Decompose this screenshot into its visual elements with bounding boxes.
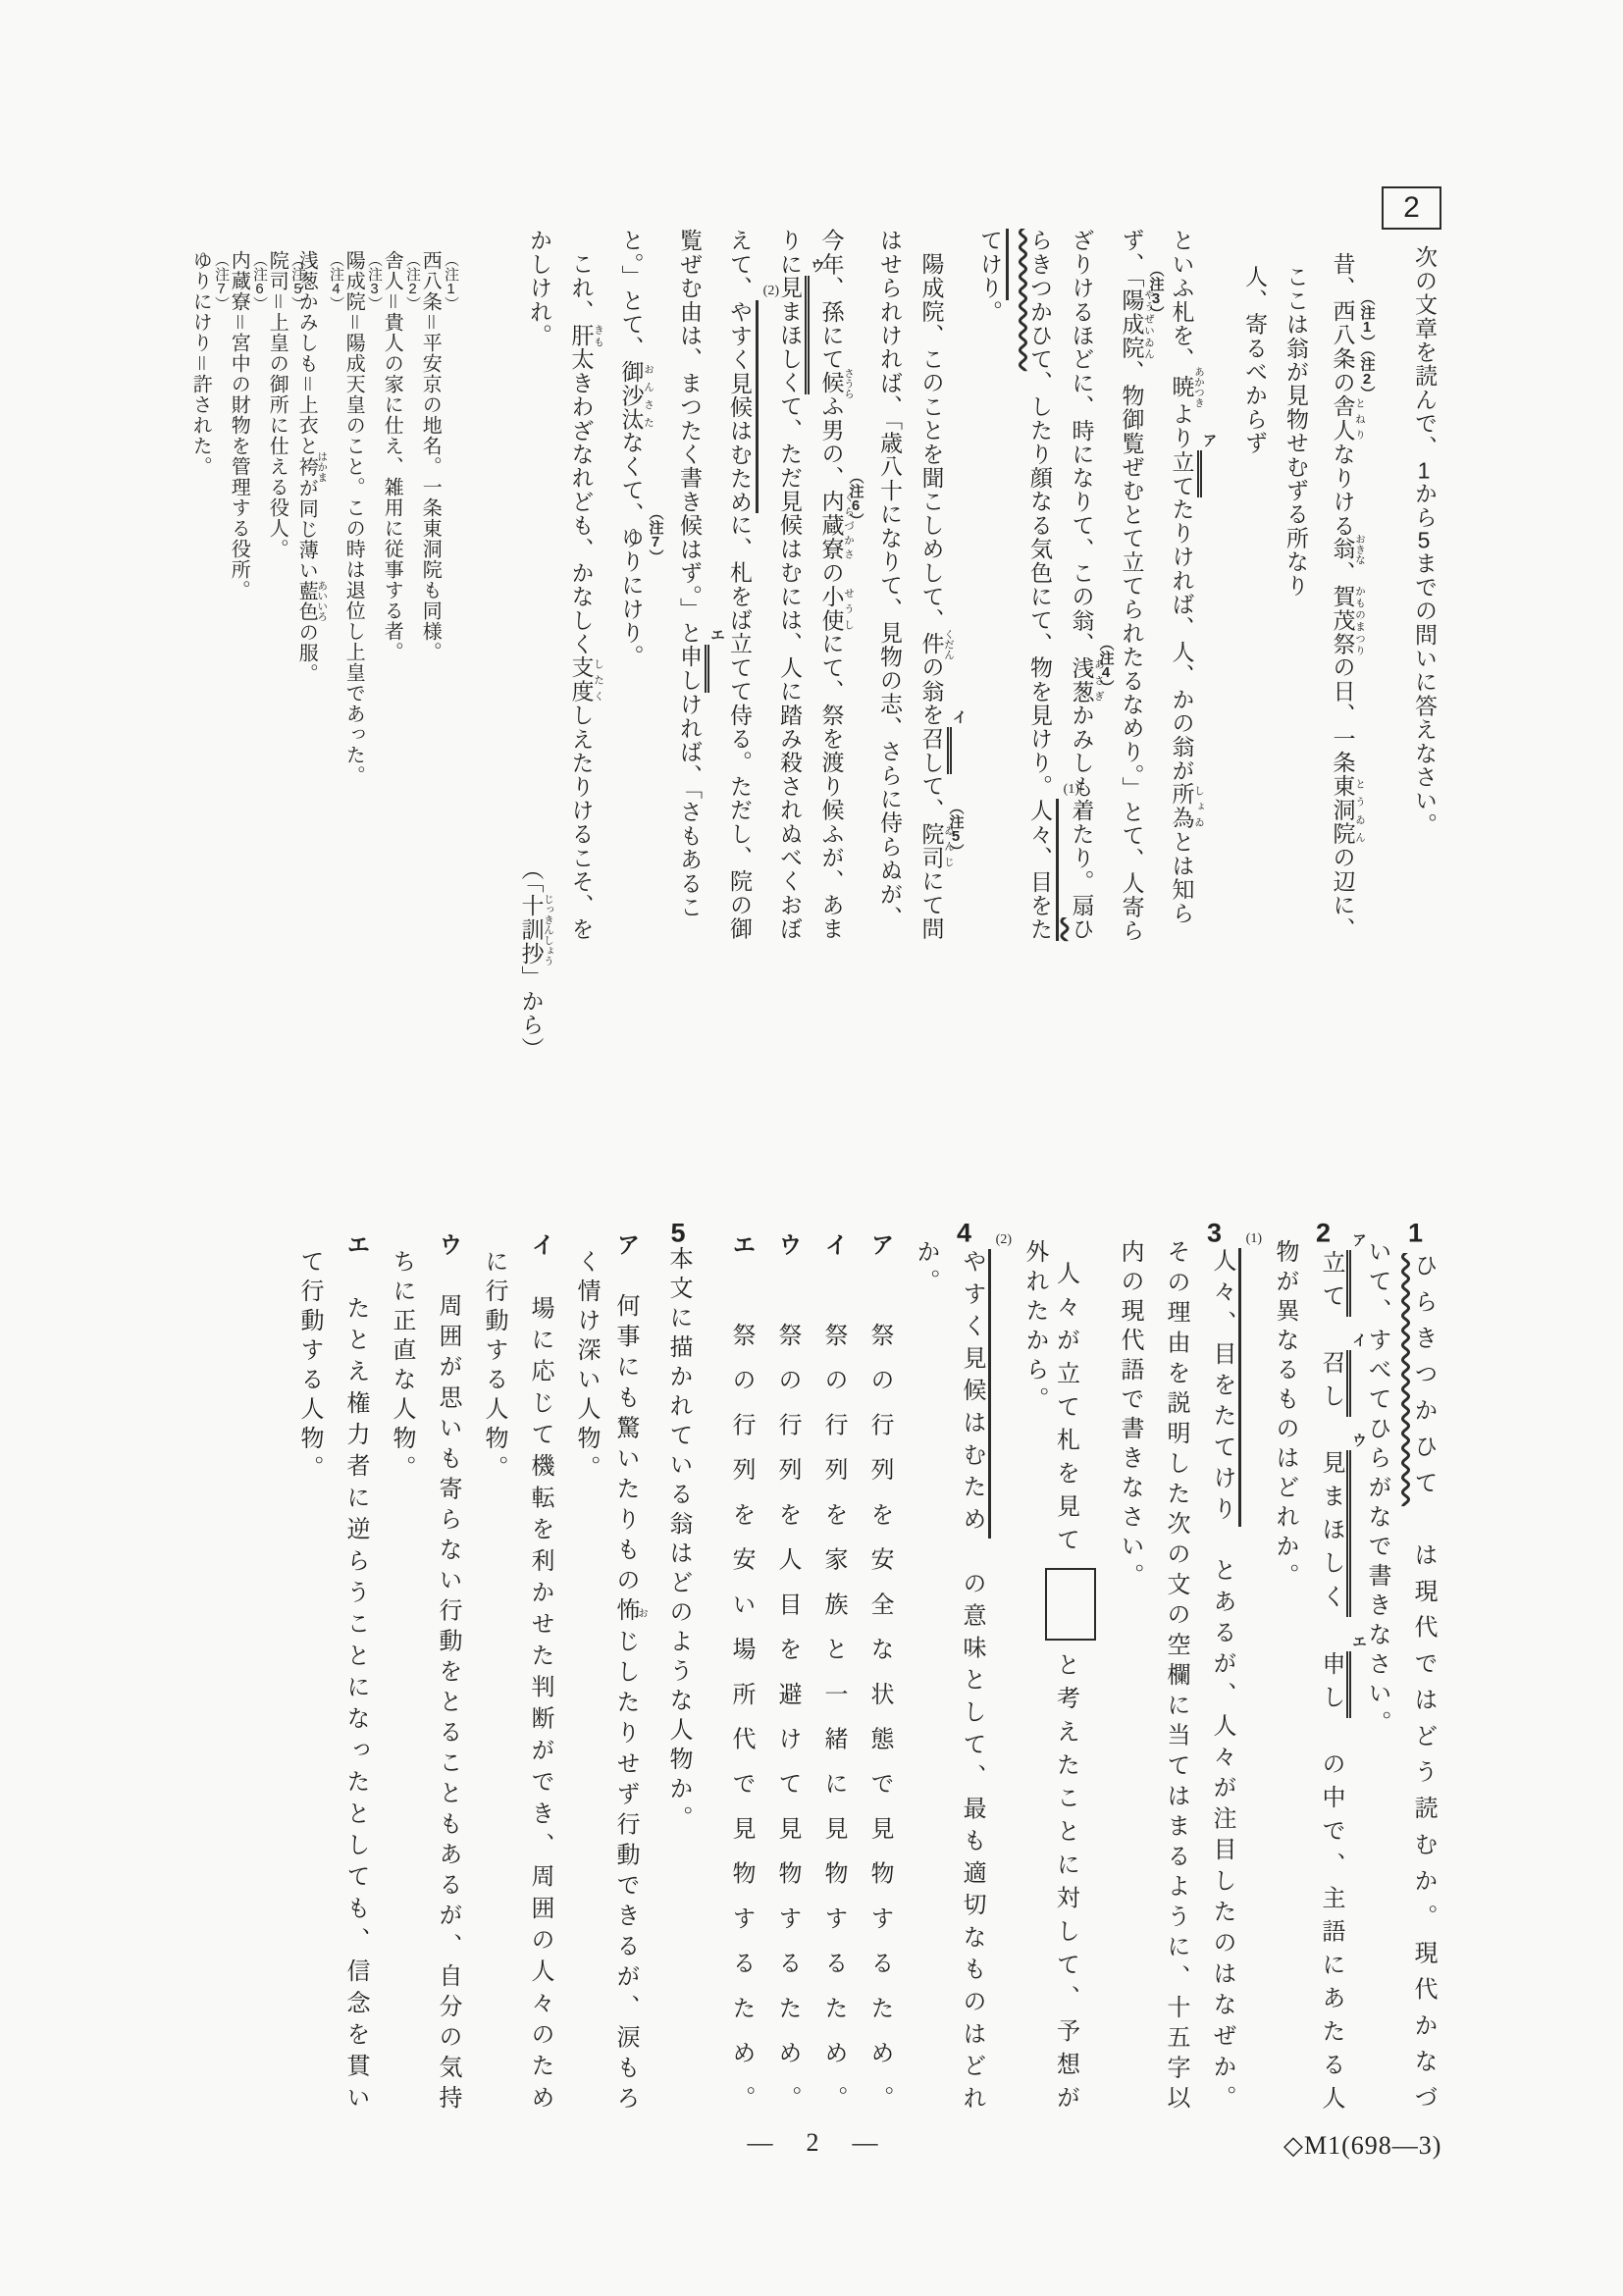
text-run: 見まほしくウ (777, 276, 810, 394)
text-run: 今年、孫にて (819, 229, 844, 371)
text-run: の (1331, 371, 1355, 394)
text-column: 1ひらきつかひて は現代ではどう読むか。現代かなづ (1407, 1220, 1439, 2114)
text-run: りに (777, 229, 802, 276)
side-ref-label: ア (1201, 433, 1217, 447)
text-column: えて、やすく見候はむため(2)に、札をば立てて侍る。ただし、院の御 (724, 229, 754, 1061)
ruby-annotation: したく (593, 655, 603, 703)
text-column: と。」とて、御沙汰おんさたなくて、ゆりにけり（注7）。 (624, 229, 654, 1061)
text-run: らきつかひて (1027, 229, 1052, 371)
text-run: その理由を説明した次の文の空欄に当てはまるように、十五字以 (1163, 1239, 1188, 2114)
note-label: （注1） (442, 252, 458, 1058)
text-run: じしたりせず行動できるが、涙もろ (612, 1629, 638, 2115)
text-column: ウ 周囲が思いも寄らない行動をとることもあるが、自分の気持 (432, 1220, 463, 2114)
text-run: 太きわざなれども、かなしく (569, 347, 594, 656)
text-run: と。」とて、 (619, 229, 644, 360)
text-column: 外れたから。 (1019, 1220, 1050, 2114)
option-letter: エ (728, 1232, 755, 1278)
text-column: 4やすく見候はむため(2) の意味として、最も適切なものはどれ (956, 1220, 987, 2114)
ruby-base: 御沙汰おんさた (619, 360, 644, 432)
text-run: 御沙汰おんさた (619, 360, 644, 432)
text-run: 陽成院＝陽成天皇のこと。この時は退位し上皇であった。 (342, 250, 364, 786)
ruby-base: 件くだん (919, 632, 944, 655)
question-number: 1 (1408, 1220, 1438, 1253)
note-label: （注5） (288, 252, 305, 1058)
text-run: 件くだん (919, 632, 944, 655)
text-run: の中で、主語にあたる人 (1318, 1718, 1343, 2114)
text-run: 人、寄るべからず (1242, 265, 1267, 455)
text-run: 浅葱あさぎ（注4） (1070, 656, 1094, 704)
text-run: ちに正直な人物。 (389, 1249, 414, 1485)
text-column: ウ 祭の行列を人目を避けて見物するため。 (771, 1220, 803, 2114)
side-ref-label: ウ (809, 258, 824, 273)
text-column: はせられければ、「歳八十になりて、見物の志、さらに侍らぬが、 (874, 229, 904, 1061)
text-column: に行動する人物。 (478, 1220, 509, 2114)
ruby-annotation: おんさた (643, 360, 654, 432)
text-run: 内の現代語で書きなさい。 (1117, 1239, 1142, 1592)
text-run: しえたりけるこそ、を (569, 704, 594, 941)
text-run: ひらきつかひて (1410, 1253, 1436, 1506)
document-code: ◇M1(698—3) (1283, 2131, 1441, 2161)
ruby-annotation: かものまつり (1354, 585, 1365, 656)
text-column: ア 何事にも驚いたりもの怖おじしたりせず行動できるが、涙もろ (616, 1220, 648, 2114)
ruby-annotation: とうゐん (1354, 774, 1365, 846)
text-run: て、 (919, 774, 944, 821)
text-run: 人々、目をたてけり(1) (1209, 1248, 1241, 1527)
text-run: といふ札を、 (1170, 229, 1194, 371)
text-run: 、 (1331, 561, 1355, 585)
passage-text-block: 次の文章を読んで、1から5までの問いに答えなさい。昔、西八条（注1）（注2）の舎… (503, 229, 1439, 1061)
text-column: ざりけるほどに、時になりて、この翁、浅葱あさぎ（注4）かみしも着たり。扇ひ (1074, 229, 1104, 1061)
text-run: 舎人とねり (1331, 394, 1355, 442)
text-run: 立てア (1318, 1250, 1351, 1317)
text-run: に行動する人物。 (481, 1249, 506, 1485)
question-number: 5 (663, 1220, 693, 1246)
text-column: いて、すべてひらがなで書きなさい。 (1361, 1220, 1392, 2114)
ruby-annotation: おきな (1354, 534, 1365, 565)
text-run: の辺に、 (1331, 846, 1355, 941)
text-run: 賀茂祭かものまつり (1331, 585, 1355, 656)
ruby-annotation: あいいろ (316, 581, 327, 622)
section-number-box: 2 (1382, 186, 1441, 230)
option-letter: ウ (435, 1232, 461, 1263)
note-column: （注2）舎人＝貴人の家に仕え、雑用に従事する者。 (396, 250, 420, 1070)
text-run: えて、 (727, 229, 752, 300)
ruby-annotation: しょゐ (1193, 782, 1204, 829)
ruby-annotation: じっきんしょう (543, 894, 553, 966)
text-run: とあるが、人々が注目したのはなぜか。 (1209, 1527, 1234, 2114)
question-number: 2 (1316, 1220, 1345, 1250)
text-column: てけり。 (974, 229, 1004, 1061)
text-run: 祭の行列を人目を避けて見物するため。 (774, 1278, 800, 2114)
text-run: 1 (1411, 459, 1437, 482)
text-run (1318, 1417, 1343, 1450)
text-run: 、物御覧ぜむとて立てられたるなめり。」とて、人寄ら (1120, 360, 1144, 943)
text-column: て行動する人物。 (293, 1220, 325, 2114)
text-run: の意味として、最も適切なものはどれ (959, 1539, 984, 2114)
question-number: 3 (1207, 1220, 1236, 1248)
text-run: 候さうら (819, 371, 844, 394)
text-run: かしけれ。 (527, 229, 551, 347)
text-run: までの問いに答えなさい。 (1412, 551, 1437, 836)
source-attribution: （「十訓抄じっきんしょう」から） (516, 858, 554, 1061)
section-number: 2 (1403, 191, 1420, 225)
text-column: その理由を説明した次の文の空欄に当てはまるように、十五字以 (1160, 1220, 1191, 2114)
text-run: （「 (519, 858, 544, 894)
text-column: 3人々、目をたてけり(1) とあるが、人々が注目したのはなぜか。 (1206, 1220, 1237, 2114)
side-ref-label: (2) (996, 1233, 1012, 1248)
text-run: 外れたから。 (1021, 1239, 1047, 1416)
text-column: エ 祭の行列を安い場所代で見物するため。 (725, 1220, 757, 2114)
text-run: たとえ権力者に逆らうことになったとしても、信念を貫い (342, 1264, 368, 2114)
text-run: ここは翁が見物せむずる所なり (1283, 265, 1308, 598)
text-run: てけり (977, 229, 1009, 300)
side-ref-label: ア (1350, 1232, 1366, 1247)
question-3: 3人々、目をたてけり(1) とあるが、人々が注目したのはなぜか。その理由を説明し… (1019, 1220, 1237, 2114)
text-column: かしけれ。（「十訓抄じっきんしょう」から） (524, 229, 553, 1061)
text-run: 申しエ (1318, 1651, 1351, 1718)
side-ref-label: イ (1350, 1332, 1366, 1347)
side-ref-label: （注6） (848, 469, 864, 528)
option-letter: ア (866, 1232, 893, 1278)
text-column: イ 祭の行列を家族と一緒に見物するため。 (817, 1220, 849, 2114)
note-column: （注5）院司＝上皇の御所に仕える役人。 (282, 250, 305, 1070)
text-run: なりける (1331, 443, 1355, 538)
text-run: 次の文章を読んで、 (1412, 245, 1437, 459)
text-run: 場に応じて機転を利かせた判断ができ、周囲の人々のため (527, 1264, 552, 2114)
text-run: 召しイ (919, 727, 952, 774)
text-column: 人々が立て札を見てと考えたことに対して、予想が (1065, 1220, 1096, 2114)
text-column: これ、肝きも太きわざなれども、かなしく支度したくしえたりけるこそ、を (574, 229, 603, 1061)
text-run: やすく見候はむため(2) (727, 300, 759, 514)
text-run: かみしも着たり。扇 (1070, 704, 1094, 917)
text-run: 申しエ (677, 645, 709, 692)
ruby-base: 支度したく (569, 655, 594, 703)
text-column: ず、「陽成院やうぜいゐん（注3）、物御覧ぜむとて立てられたるなめり。」とて、人寄… (1125, 229, 1154, 1061)
text-run: いて、すべてひらがなで書きなさい。 (1364, 1239, 1389, 1740)
text-run: 暁あかつき (1170, 371, 1194, 402)
text-run: 本文に描かれている翁はどのような人物か。 (665, 1246, 691, 1835)
text-run: はせられければ、「歳八十になりて、見物の志、さらに侍らぬが、 (877, 229, 902, 930)
text-column: りに見まほしくウて、ただ見候はむには、人に踏み殺されぬべくおぼ (774, 229, 804, 1061)
ruby-base: 東洞院とうゐん (1331, 774, 1355, 846)
ruby-base: 内蔵寮くらづかさ (819, 490, 844, 561)
ruby-base: 怖お (612, 1597, 638, 1628)
note-column: （注3）陽成院＝陽成天皇のこと。この時は退位し上皇であった。 (358, 250, 382, 1070)
text-column: 覧ぜむ由は、まつたく書き候はず。」と申しエければ、「さもあるこ (674, 229, 704, 1061)
text-run: 人々、目をた(1) (1027, 799, 1059, 941)
text-column: 人、寄るべからず (1239, 229, 1269, 1061)
text-run: 周囲が思いも寄らない行動をとることもあるが、自分の気持 (435, 1263, 460, 2114)
text-run: 陽成院、このことを聞こしめして、 (919, 252, 944, 632)
text-run: やすく見候はむため(2) (959, 1249, 991, 1539)
text-run (1318, 1617, 1343, 1650)
note-label: （注4） (327, 252, 343, 1058)
text-run: とは知ら (1170, 830, 1194, 925)
side-ref-label: (1) (1246, 1232, 1262, 1247)
text-column: ちに正直な人物。 (386, 1220, 417, 2114)
ruby-base: 翁おきな (1331, 537, 1355, 560)
text-run: て、ただ見候はむには、人に踏み殺されぬべくおぼ (777, 394, 802, 941)
note-column: （注6）内蔵寮＝宮中の財物を管理する役所。 (243, 250, 267, 1070)
question-2: 2立てア 召しイ 見まほしくウ 申しエ の中で、主語にあたる人物が異なるものはど… (1269, 1220, 1346, 2114)
note-column: （注4）浅葱かみしも＝上衣と袴はかまが同じ薄い藍色あいいろの服。 (320, 250, 343, 1070)
ruby-base: 陽成院やうぜいゐん (1120, 288, 1144, 360)
option-letter: エ (342, 1232, 369, 1264)
text-column: 内の現代語で書きなさい。 (1114, 1220, 1145, 2114)
note-column: （注7）ゆりにけり＝許された。 (205, 250, 229, 1070)
answer-blank-box (1045, 1568, 1096, 1641)
ruby-base: 暁あかつき (1170, 371, 1194, 402)
text-run: 覧ぜむ由は、まつたく書き候はず。」と (677, 229, 702, 645)
ruby-base: 院司ゐんじ (919, 822, 944, 869)
text-run: の日、一条 (1331, 655, 1355, 774)
text-run: ければ、「さもあるこ (677, 693, 702, 919)
text-run: 十訓抄じっきんしょう (519, 894, 544, 965)
note-label: （注7） (212, 252, 229, 1058)
ruby-base: 浅葱あさぎ (1070, 656, 1094, 704)
text-run: 。 (619, 645, 644, 668)
text-column: といふ札を、暁あかつきより立てアたりければ、人、かの翁が所為しょゐとは知ら (1175, 229, 1204, 1061)
question-number: 4 (957, 1220, 986, 1249)
text-run: ゆりにけり（注7） (619, 526, 644, 645)
text-run: 院司ゐんじ（注5） (919, 822, 944, 869)
text-run: ざりけるほどに、時になりて、この翁、 (1070, 229, 1094, 656)
ruby-base: 小使せうし (819, 585, 844, 632)
text-run: 支度したく (569, 655, 594, 703)
ruby-base: 所為しょゐ (1170, 782, 1194, 829)
text-run: 所為しょゐ (1170, 782, 1194, 829)
text-column: 次の文章を読んで、1から5までの問いに答えなさい。 (1409, 229, 1439, 1061)
option-letter: イ (527, 1232, 553, 1264)
text-column: 5本文に描かれている翁はどのような人物か。 (662, 1220, 694, 2114)
side-ref-label: （注3） (1148, 262, 1164, 321)
text-column: ここは翁が見物せむずる所なり (1281, 229, 1310, 1061)
page-number: — 2 — (667, 2122, 962, 2159)
text-run: 東洞院とうゐん (1331, 774, 1355, 846)
side-ref-label: （注5） (948, 800, 964, 859)
question-5: 5本文に描かれている翁はどのような人物か。ア 何事にも驚いたりもの怖おじしたりせ… (293, 1220, 694, 2114)
side-ref-label: (2) (763, 285, 779, 299)
text-run: 祭の行列を安い場所代で見物するため。 (728, 1278, 754, 2114)
ruby-annotation: さうら (843, 368, 854, 399)
ruby-annotation: あかつき (1193, 366, 1204, 407)
ruby-base: 賀茂祭かものまつり (1331, 585, 1355, 656)
question-4: 4やすく見候はむため(2) の意味として、最も適切なものはどれか。ア 祭の行列を… (725, 1220, 987, 2114)
text-run: は現代ではどう読むか。現代かなづ (1410, 1506, 1436, 2114)
text-column: 2立てア 召しイ 見まほしくウ 申しエ の中で、主語にあたる人 (1315, 1220, 1346, 2114)
ruby-annotation: とねり (1354, 394, 1365, 442)
text-run: ふ男の、 (819, 394, 844, 490)
text-run: 陽成院やうぜいゐん（注3） (1120, 288, 1144, 360)
text-run: 立てア (1170, 450, 1202, 497)
ruby-base: 舎人とねり (1331, 394, 1355, 442)
text-run: にて問 (919, 869, 944, 941)
text-run: の (819, 561, 844, 585)
ruby-annotation: はかま (316, 451, 327, 483)
text-run: 翁おきな (1331, 537, 1355, 560)
text-run: 。 (977, 300, 1002, 324)
text-column: 今年、孫にて候さうらふ男の、内蔵寮くらづかさ（注6）の小使せうしにて、祭を渡り候… (824, 229, 854, 1061)
text-run: 召しイ (1318, 1350, 1351, 1417)
text-run: 肝きも (569, 324, 594, 347)
text-run: 内蔵寮くらづかさ（注6） (819, 490, 844, 561)
text-run: 院司＝上皇の御所に仕える役人。 (266, 250, 288, 559)
text-run: 昔、 (1331, 252, 1355, 299)
question-1: 1ひらきつかひて は現代ではどう読むか。現代かなづいて、すべてひらがなで書きなさ… (1361, 1220, 1439, 2114)
text-run: の翁を (919, 655, 944, 727)
text-column: らきつかひて、したり顔なる気色にて、物を見けり。人々、目をた(1) (1024, 229, 1054, 1061)
text-run: 」から） (519, 965, 544, 1061)
text-run: 内蔵寮＝宮中の財物を管理する役所。 (228, 250, 249, 600)
text-column: ア 祭の行列を安全な状態で見物するため。 (864, 1220, 895, 2114)
ruby-base: 候さうら (819, 371, 844, 394)
text-run: 西八条＝平安京の地名。一条東洞院も同様。 (419, 250, 441, 662)
side-ref-label: イ (951, 709, 967, 724)
side-ref-label: エ (1350, 1634, 1366, 1648)
text-run: 西八条（注1）（注2） (1331, 299, 1355, 371)
text-run: に、札をば立てて侍る。ただし、院の御 (727, 513, 752, 941)
text-run (1318, 1317, 1343, 1350)
text-run: 人々が立て札を見て (1052, 1261, 1077, 1560)
text-run: より (1170, 402, 1194, 449)
ruby-annotation: せうし (843, 585, 854, 632)
text-run: ず、「 (1120, 229, 1144, 288)
text-run: 、したり顔なる気色にて、物を見けり。 (1027, 371, 1052, 799)
side-ref-label: ウ (1350, 1433, 1366, 1447)
option-letter: ア (612, 1232, 639, 1263)
text-column: イ 場に応じて機転を利かせた判断ができ、周囲の人々のため (524, 1220, 555, 2114)
text-run: たりければ、人、かの翁が (1170, 497, 1194, 782)
text-column: か。 (910, 1220, 941, 2114)
side-ref-label: （注1）（注2） (1359, 290, 1375, 401)
text-column: く情け深い人物。 (570, 1220, 602, 2114)
text-run: なくて、 (619, 431, 644, 526)
option-letter: イ (820, 1232, 847, 1278)
text-run: これ、 (569, 252, 594, 324)
ruby-annotation: きも (593, 324, 603, 347)
text-run: と考えたことに対して、予想が (1052, 1648, 1077, 2114)
text-run: 祭の行列を家族と一緒に見物するため。 (820, 1278, 846, 2114)
ruby-annotation: くだん (943, 629, 954, 660)
exam-page: { "section_box": { "number": "2" }, "foo… (0, 0, 1623, 2296)
side-ref-label: （注7） (648, 505, 663, 564)
text-column: 物が異なるものはどれか。 (1269, 1220, 1300, 2114)
option-letter: ウ (774, 1232, 801, 1278)
text-column: 陽成院、このことを聞こしめして、件くだんの翁を召しイて、院司ゐんじ（注5）にて問 (924, 229, 954, 1061)
text-run: 5 (1411, 529, 1437, 551)
note-column: （注1）西八条＝平安京の地名。一条東洞院も同様。 (435, 250, 458, 1070)
text-column: 昔、西八条（注1）（注2）の舎人とねりなりける翁おきな、賀茂祭かものまつりの日、… (1335, 229, 1365, 1061)
text-run: から (1412, 482, 1437, 529)
side-ref-label: (1) (1064, 783, 1079, 798)
text-run: ひ (1070, 917, 1094, 941)
text-run: ゆりにけり＝許された。 (189, 250, 211, 477)
text-run: 怖お (612, 1597, 638, 1628)
questions-block: 1ひらきつかひて は現代ではどう読むか。現代かなづいて、すべてひらがなで書きなさ… (262, 1220, 1439, 2114)
text-run: 何事にも驚いたりもの (612, 1263, 638, 1597)
note-label: （注6） (250, 252, 267, 1058)
side-ref-label: （注4） (1098, 636, 1114, 695)
text-run: く情け深い人物。 (573, 1249, 599, 1485)
note-label: （注2） (403, 252, 420, 1058)
ruby-base: 十訓抄じっきんしょう (519, 894, 544, 965)
text-run: 舎人＝貴人の家に仕え、雑用に従事する者。 (381, 250, 402, 662)
notes-block: （注1）西八条＝平安京の地名。一条東洞院も同様。（注2）舎人＝貴人の家に仕え、雑… (190, 250, 458, 1070)
text-run: 物が異なるものはどれか。 (1272, 1239, 1297, 1592)
text-run: て行動する人物。 (296, 1249, 322, 1485)
ruby-base: 肝きも (569, 324, 594, 347)
ruby-annotation: お (637, 1597, 648, 1627)
text-run: か。 (913, 1239, 938, 1298)
note-label: （注3） (365, 252, 382, 1058)
side-ref-label: エ (708, 627, 724, 642)
text-run: 小使せうし (819, 585, 844, 632)
text-run: 祭の行列を安全な状態で見物するため。 (866, 1278, 892, 2114)
text-run: にて、祭を渡り候ふが、あま (819, 632, 844, 941)
text-column: エ たとえ権力者に逆らうことになったとしても、信念を貫い (340, 1220, 371, 2114)
text-run: 見まほしくウ (1318, 1450, 1351, 1617)
